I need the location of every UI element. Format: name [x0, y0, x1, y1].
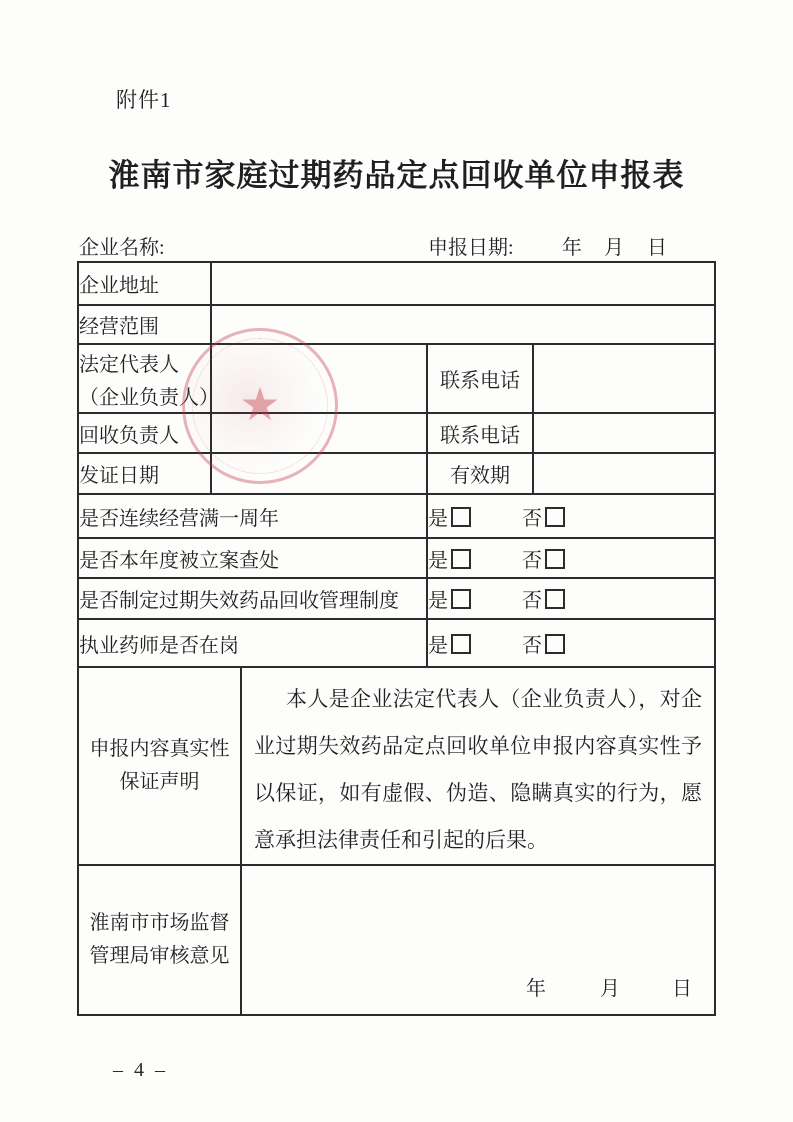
review-authority-label-line2: 管理局审核意见	[79, 940, 240, 973]
validity-value	[533, 453, 715, 494]
question-label: 是否本年度被立案查处	[78, 538, 427, 578]
month-label: 月	[600, 978, 620, 1000]
no-label: 否	[522, 508, 542, 530]
page-title: 淮南市家庭过期药品定点回收单位申报表	[0, 150, 793, 195]
yes-checkbox[interactable]	[451, 507, 471, 527]
application-form-table: 企业地址 经营范围 法定代表人 （企业负责人） 联系电话 回收负责人 联系电话	[77, 261, 716, 1016]
recycling-manager-label: 回收负责人	[78, 413, 211, 453]
day-label: 日	[672, 978, 692, 1000]
recycling-manager-phone-label: 联系电话	[427, 413, 533, 453]
declaration-text-cell: 本人是企业法定代表人（企业负责人），对企业过期失效药品定点回收单位申报内容真实性…	[241, 667, 715, 865]
yes-label: 是	[428, 635, 448, 657]
issue-date-label: 发证日期	[78, 453, 211, 494]
yes-checkbox[interactable]	[451, 549, 471, 569]
review-date-line: 年月日	[526, 972, 714, 1001]
declaration-label: 申报内容真实性 保证声明	[78, 667, 241, 865]
review-opinion-area: 年月日	[242, 867, 714, 1013]
document-page: 附件1 淮南市家庭过期药品定点回收单位申报表 企业名称: 申报日期: 年 月 日…	[0, 0, 793, 1122]
answer-cell: 是否	[427, 578, 715, 619]
declaration-text: 本人是企业法定代表人（企业负责人），对企业过期失效药品定点回收单位申报内容真实性…	[242, 668, 714, 864]
answer-cell: 是否	[427, 538, 715, 578]
table-row: 企业地址	[78, 262, 715, 305]
table-row: 经营范围	[78, 305, 715, 344]
no-label: 否	[522, 550, 542, 572]
question-row: 是否制定过期失效药品回收管理制度 是否	[78, 578, 715, 619]
declaration-label-line2: 保证声明	[79, 766, 240, 799]
recycling-manager-phone-value	[533, 413, 715, 453]
question-row: 是否本年度被立案查处 是否	[78, 538, 715, 578]
question-label: 执业药师是否在岗	[78, 619, 427, 667]
legal-representative-label-line2: （企业负责人）	[79, 381, 210, 410]
no-checkbox[interactable]	[545, 589, 565, 609]
declaration-row: 申报内容真实性 保证声明 本人是企业法定代表人（企业负责人），对企业过期失效药品…	[78, 667, 715, 865]
month-label: 月	[604, 231, 624, 260]
no-label: 否	[522, 635, 542, 657]
question-row: 执业药师是否在岗 是否	[78, 619, 715, 667]
issue-date-value	[211, 453, 427, 494]
yes-checkbox[interactable]	[451, 634, 471, 654]
legal-rep-phone-value	[533, 344, 715, 413]
question-row: 是否连续经营满一周年 是否	[78, 494, 715, 538]
answer-cell: 是否	[427, 494, 715, 538]
attachment-label: 附件1	[116, 84, 172, 114]
legal-representative-label-line1: 法定代表人	[79, 348, 210, 377]
validity-label: 有效期	[427, 453, 533, 494]
year-label: 年	[526, 978, 546, 1000]
company-address-value	[211, 262, 715, 305]
day-label: 日	[647, 231, 667, 260]
yes-label: 是	[428, 590, 448, 612]
page-number: – 4 –	[113, 1059, 168, 1082]
table-row: 发证日期 有效期	[78, 453, 715, 494]
declare-date-label: 申报日期:	[428, 231, 514, 260]
review-authority-label-line1: 淮南市市场监督	[79, 907, 240, 940]
legal-representative-value	[211, 344, 427, 413]
yes-label: 是	[428, 550, 448, 572]
question-label: 是否制定过期失效药品回收管理制度	[78, 578, 427, 619]
recycling-manager-value	[211, 413, 427, 453]
form-meta-row: 企业名称: 申报日期: 年 月 日	[0, 231, 793, 259]
table-row: 回收负责人 联系电话	[78, 413, 715, 453]
review-opinion-cell: 年月日	[241, 865, 715, 1015]
declaration-label-line1: 申报内容真实性	[79, 733, 240, 766]
business-scope-value	[211, 305, 715, 344]
table-row: 法定代表人 （企业负责人） 联系电话	[78, 344, 715, 413]
company-name-label: 企业名称:	[79, 231, 165, 260]
yes-checkbox[interactable]	[451, 589, 471, 609]
no-checkbox[interactable]	[545, 549, 565, 569]
review-authority-label: 淮南市市场监督 管理局审核意见	[78, 865, 241, 1015]
company-address-label: 企业地址	[78, 262, 211, 305]
legal-rep-phone-label: 联系电话	[427, 344, 533, 413]
legal-representative-label: 法定代表人 （企业负责人）	[78, 344, 211, 413]
answer-cell: 是否	[427, 619, 715, 667]
yes-label: 是	[428, 508, 448, 530]
no-checkbox[interactable]	[545, 634, 565, 654]
question-label: 是否连续经营满一周年	[78, 494, 427, 538]
business-scope-label: 经营范围	[78, 305, 211, 344]
no-checkbox[interactable]	[545, 507, 565, 527]
review-row: 淮南市市场监督 管理局审核意见 年月日	[78, 865, 715, 1015]
no-label: 否	[522, 590, 542, 612]
year-label: 年	[562, 231, 582, 260]
